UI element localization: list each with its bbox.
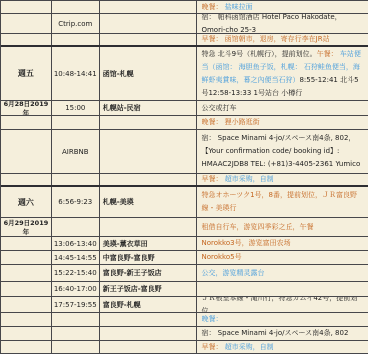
details-cell: 早餐： 超市采购，自制 [197,341,368,353]
time-cell [52,313,100,326]
time-cell [52,1,100,13]
route-cell: 函馆-札幌 [100,47,198,100]
details-cell: 公交，游览精灵露台 [197,265,368,281]
meal-label: 晚餐： [201,3,224,11]
weekday-label: 週五 [18,68,34,79]
route-cell [100,1,198,13]
route-cell: 富良野-札幌 [100,297,198,312]
hotel-info: 宿： 帕科函馆酒店 Hotel Paco Hakodate，Omori-cho … [201,14,341,33]
time-cell: 15:22-15:40 [52,265,100,281]
details-cell: 晚餐： 狸小路逛街 [197,116,368,129]
route-cell: 札幌站-民宿 [100,101,198,115]
route-label: 中富良野-富良野 [103,253,155,263]
time-range: 17:57-19:55 [54,301,97,309]
train-info: 特急オホーツク1号，8番，提前划位，ＪＲ富良野線・美瑛行 [201,191,357,212]
route-cell [100,327,198,340]
meal-label: 早餐： [201,343,224,351]
time-cell: 14:45-14:55 [52,251,100,264]
day-cell [1,297,52,312]
details-cell: Norokko3号，游览富田农场 [197,237,368,250]
table-row: 17:57-19:55 富良野-札幌 ＪＲ根室本線・滝川行，特急カムイ42号，提… [1,297,368,313]
details-cell: 晚餐： [197,313,368,326]
details-cell: 特急 北斗9号（札幌行），提前划位。午餐： 车站便当（函馆： 海胆鱼子饭，札幌：… [197,47,368,100]
itinerary-table: 晚餐： 盐味拉面 Ctrip.com 宿： 帕科函馆酒店 Hotel Paco … [0,0,368,354]
route-cell [100,130,198,173]
route-label: 美瑛-薰衣草田 [103,239,148,249]
table-row: 早餐： 函馆朝市，退房，寄存行李在JR站 [1,34,368,47]
route-label: 新王子饭店-富良野 [103,284,162,294]
meal-info: 早餐： 函馆朝市，退房，寄存行李在JR站 [201,35,329,43]
time-cell: 15:00 [52,101,100,115]
day-cell [1,341,52,353]
time-cell: 16:40-17:00 [52,282,100,296]
lodging-info: 宿： Space Minami 4-jo/スペース南4条, 802，【Your … [201,134,360,168]
route-label: 札幌-美瑛 [103,197,134,207]
time-cell [52,218,100,236]
route-cell [100,116,198,129]
day-cell [1,130,52,173]
table-row: 6月29日2019年 租借自行车，游览四季彩之丘，午餐 [1,218,368,237]
activity-info: 公交，游览精灵露台 [201,269,264,277]
time-cell: 10:48-14:41 [52,47,100,100]
time-cell: 17:57-19:55 [52,297,100,312]
details-cell: 租借自行车，游览四季彩之丘，午餐 [197,218,368,236]
table-row: 晚餐： 狸小路逛街 [1,116,368,130]
table-row: 晚餐： 盐味拉面 [1,1,368,14]
details-cell: 宿： Space Minami 4-jo/スペース南4条, 802，【Your … [197,130,368,173]
route-cell [100,174,198,185]
route-label: 函馆-札幌 [103,69,134,79]
time-range: 15:00 [65,104,85,112]
table-row: 週五 10:48-14:41 函馆-札幌 特急 北斗9号（札幌行），提前划位。午… [1,47,368,101]
meal-label: 早餐： [201,175,224,183]
route-cell: 札幌-美瑛 [100,187,198,217]
train-info: Norokko5号 [201,253,241,261]
date-label: 6月28日2019年 [1,101,51,115]
transport-info: 公交或打车 [201,104,236,112]
meal-info: 超市采购，自制 [225,175,274,183]
table-row: 宿： Space Minami 4-jo/スペース南4条, 802 [1,327,368,341]
day-cell [1,237,52,250]
day-cell: 週六 [1,187,52,217]
time-cell: Ctrip.com [52,14,100,33]
details-cell: 宿： Space Minami 4-jo/スペース南4条, 802 [197,327,368,340]
table-row: 6月28日2019年 15:00 札幌站-民宿 公交或打车 [1,101,368,116]
route-cell [100,218,198,236]
details-cell: 宿： 帕科函馆酒店 Hotel Paco Hakodate，Omori-cho … [197,14,368,33]
route-cell: 美瑛-薰衣草田 [100,237,198,250]
route-cell: 中富良野-富良野 [100,251,198,264]
time-cell [52,34,100,45]
meal-info: 晚餐： 狸小路逛街 [201,118,259,126]
day-cell [1,174,52,185]
time-cell [52,327,100,340]
booking-site-label: AIRBNB [62,148,89,156]
table-row: 週六 6:56-9:23 札幌-美瑛 特急オホーツク1号，8番，提前划位，ＪＲ富… [1,187,368,218]
table-row: 16:40-17:00 新王子饭店-富良野 [1,282,368,297]
table-row: 早餐： 超市采购，自制 [1,174,368,187]
details-cell [197,282,368,296]
time-cell [52,116,100,129]
day-cell [1,1,52,13]
route-label: 富良野-新王子饭店 [103,268,162,278]
table-row: 晚餐： [1,313,368,327]
details-cell: 特急オホーツク1号，8番，提前划位，ＪＲ富良野線・美瑛行 [197,187,368,217]
train-info: ＪＲ根室本線・滝川行，特急カムイ42号，提前划位 [201,297,357,312]
day-cell [1,282,52,296]
activity-info: 租借自行车，游览四季彩之丘，午餐 [201,223,313,231]
table-row: Ctrip.com 宿： 帕科函馆酒店 Hotel Paco Hakodate，… [1,14,368,34]
train-info: 特急 北斗9号（札幌行），提前划位。 [201,50,316,58]
route-label: 札幌站-民宿 [103,103,141,113]
time-range: 15:22-15:40 [54,269,97,277]
details-cell: ＪＲ根室本線・滝川行，特急カムイ42号，提前划位 [197,297,368,312]
meal-label: 午餐： [317,50,340,58]
lodging-info: 宿： Space Minami 4-jo/スペース南4条, 802 [201,329,348,337]
route-cell [100,341,198,353]
day-cell: 6月28日2019年 [1,101,52,115]
time-range: 13:06-13:40 [54,240,97,248]
table-row: AIRBNB 宿： Space Minami 4-jo/スペース南4条, 802… [1,130,368,174]
day-cell [1,34,52,45]
day-cell [1,116,52,129]
details-cell: 晚餐： 盐味拉面 [197,1,368,13]
meal-label: 晚餐： [201,315,222,323]
day-cell: 6月29日2019年 [1,218,52,236]
details-cell: 早餐： 超市采购，自制 [197,174,368,185]
table-row: 13:06-13:40 美瑛-薰衣草田 Norokko3号，游览富田农场 [1,237,368,251]
weekday-label: 週六 [18,197,34,208]
route-cell [100,14,198,33]
day-cell [1,327,52,340]
time-range: 14:45-14:55 [54,254,97,262]
time-cell [52,174,100,185]
route-cell [100,34,198,45]
day-cell [1,265,52,281]
meal-info: 超市采购，自制 [225,343,274,351]
day-cell: 週五 [1,47,52,100]
details-cell: 早餐： 函馆朝市，退房，寄存行李在JR站 [197,34,368,45]
route-cell: 新王子饭店-富良野 [100,282,198,296]
time-range: 10:48-14:41 [54,70,97,78]
route-cell: 富良野-新王子饭店 [100,265,198,281]
time-cell: AIRBNB [52,130,100,173]
time-cell: 13:06-13:40 [52,237,100,250]
time-cell: 6:56-9:23 [52,187,100,217]
detail-segment: 盐味拉面 [225,3,253,11]
day-cell [1,313,52,326]
train-info: Norokko3号，游览富田农场 [201,239,290,247]
date-label: 6月29日2019年 [1,218,51,236]
details-cell: 公交或打车 [197,101,368,115]
day-cell [1,14,52,33]
time-range: 6:56-9:23 [58,198,92,206]
time-range: 16:40-17:00 [54,285,97,293]
day-cell [1,251,52,264]
table-row: 15:22-15:40 富良野-新王子饭店 公交，游览精灵露台 [1,265,368,282]
time-cell [52,341,100,353]
booking-site-label: Ctrip.com [58,20,92,28]
route-label: 富良野-札幌 [103,300,141,310]
table-row: 14:45-14:55 中富良野-富良野 Norokko5号 [1,251,368,265]
details-cell: Norokko5号 [197,251,368,264]
table-row: 早餐： 超市采购，自制 [1,341,368,354]
route-cell [100,313,198,326]
